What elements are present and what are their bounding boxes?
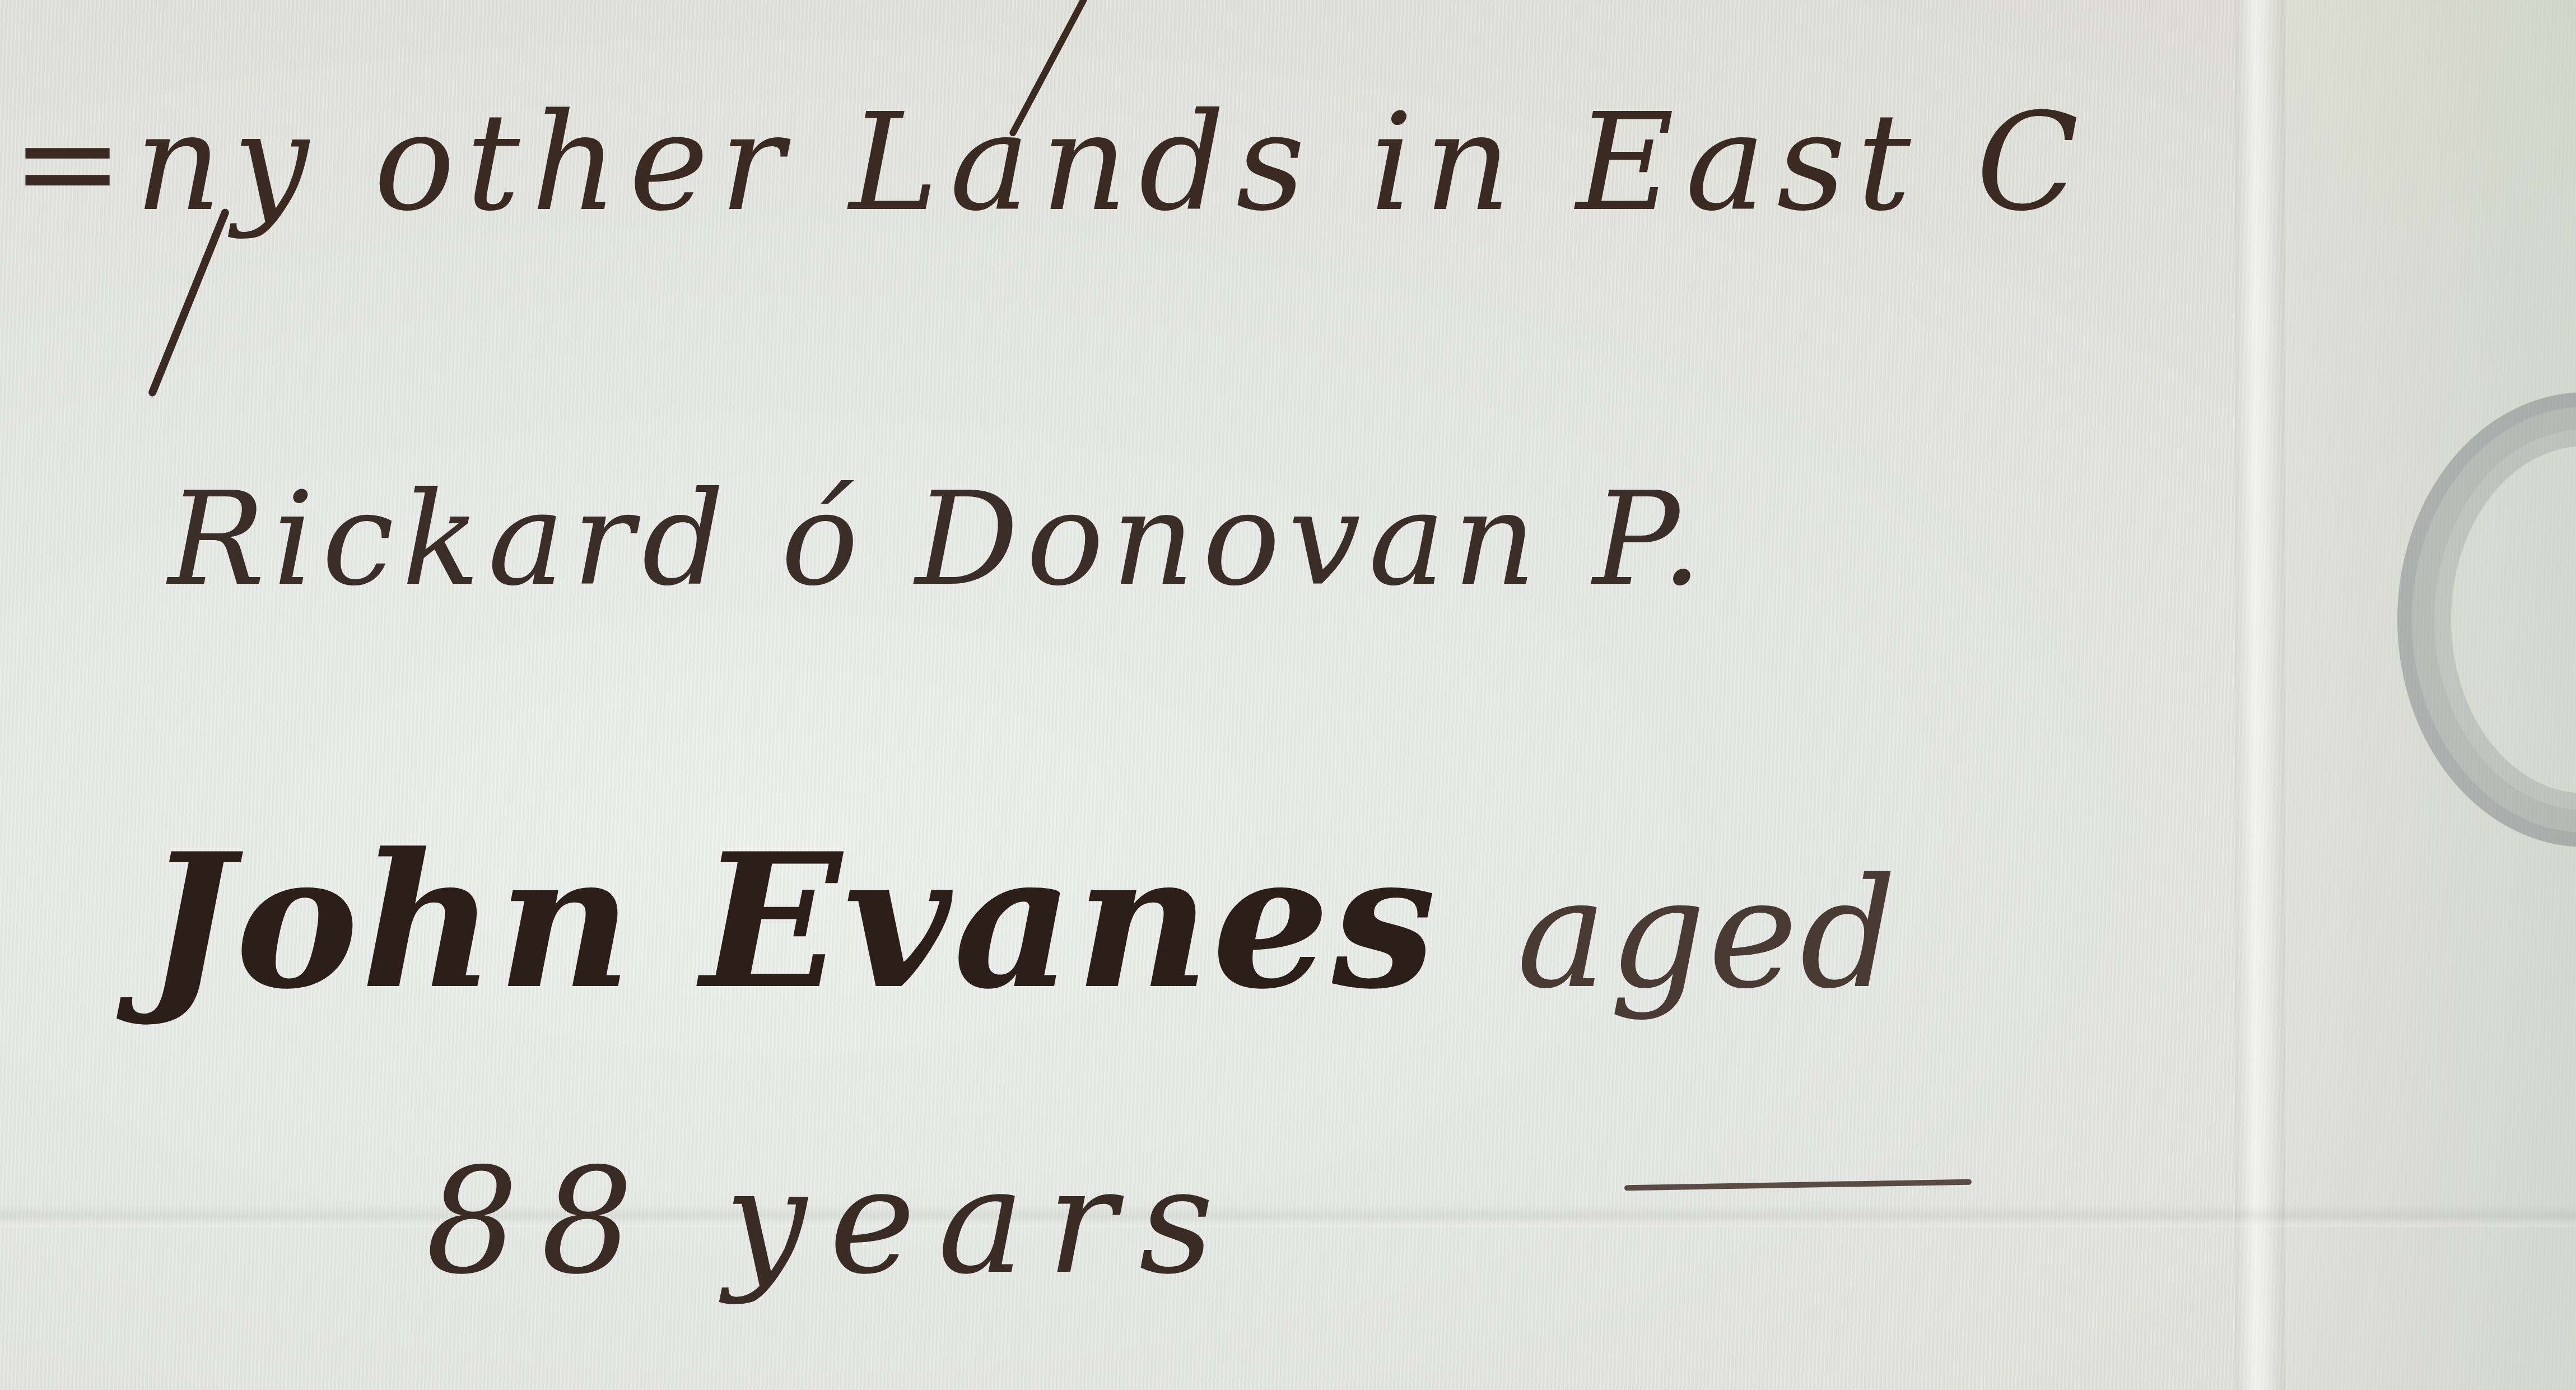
vertical-fold-crease: [2235, 0, 2285, 1390]
signature-line-john-evanes: John Evanesaged: [146, 812, 1899, 1030]
aged-word: aged: [1517, 845, 1899, 1022]
handwritten-line-rickard-donovan: Rickard ó Donovan P.: [168, 465, 1710, 615]
handwritten-line-lands: =ny other Lands in East C: [11, 84, 2090, 241]
handwritten-line-age: 88 years: [426, 1137, 1236, 1307]
horizontal-fold-crease: [0, 1205, 2576, 1227]
signature-name: John Evanes: [146, 812, 1438, 1030]
